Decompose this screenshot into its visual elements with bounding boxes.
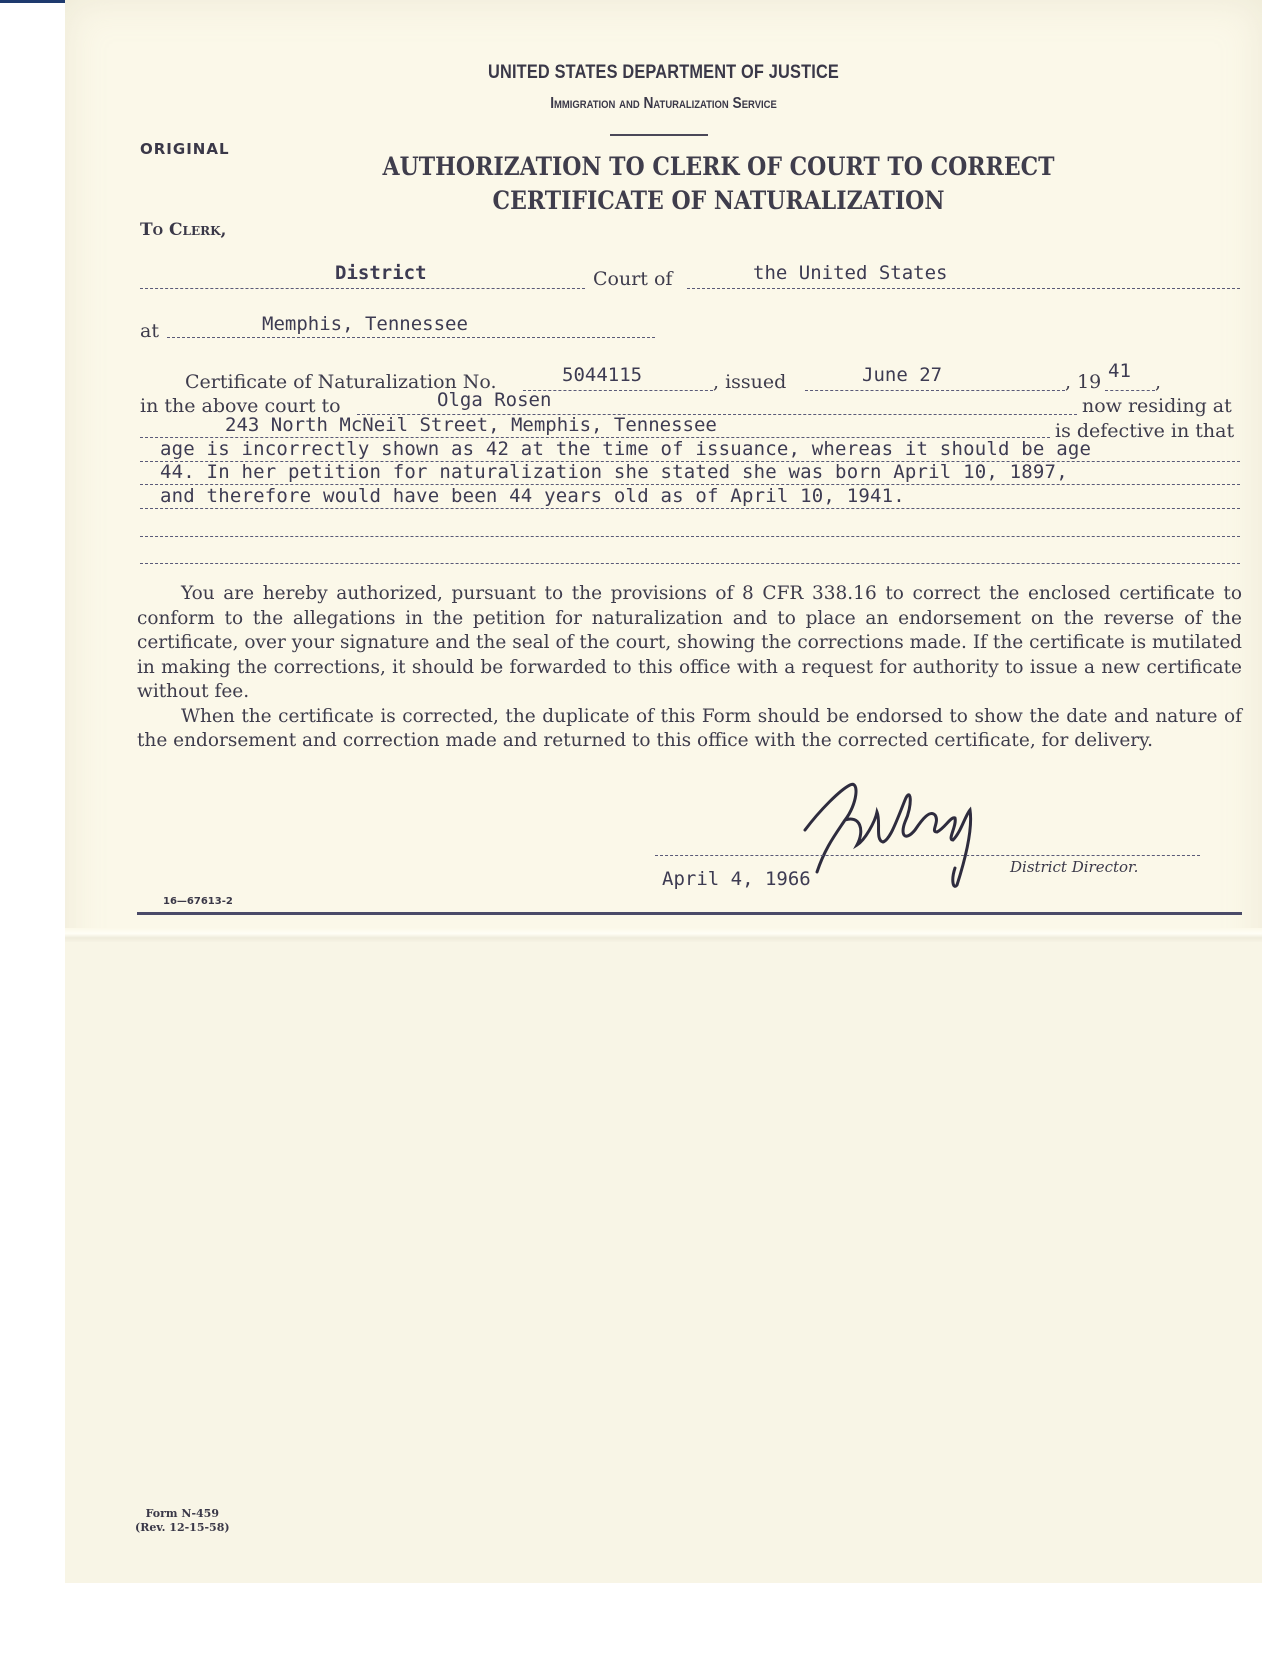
cert-no-value: 5044115 — [562, 364, 642, 386]
header-divider — [610, 134, 708, 136]
paragraph-endorsement: When the certificate is corrected, the d… — [137, 705, 1242, 754]
court-of-value: the United States — [753, 262, 947, 284]
addressee: To Clerk, — [140, 220, 226, 240]
year-field-line — [1105, 390, 1155, 391]
defect-line-3-rule — [140, 508, 1240, 509]
form-title-line1: AUTHORIZATION TO CLERK OF COURT TO CORRE… — [258, 150, 1179, 184]
defect-line-3: and therefore would have been 44 years o… — [160, 485, 905, 507]
at-label: at — [140, 320, 159, 342]
service-name: Immigration and Naturalization Service — [149, 95, 1178, 113]
cert-no-field-line — [523, 390, 713, 391]
year-suffix-value: 41 — [1108, 360, 1131, 382]
form-title-line2: CERTIFICATE OF NATURALIZATION — [258, 184, 1179, 218]
signer-title: District Director. — [1010, 858, 1138, 876]
lower-blank-section — [65, 942, 1262, 1583]
defect-line-4-rule — [140, 536, 1240, 537]
issued-label: , issued — [713, 371, 786, 393]
form-revision: (Rev. 12-15-58) — [135, 1521, 230, 1535]
defect-line-1: age is incorrectly shown as 42 at the ti… — [160, 438, 1091, 460]
paper-fold — [65, 928, 1262, 942]
court-type-value: District — [335, 262, 427, 284]
signature-date: April 4, 1966 — [662, 868, 811, 890]
court-of-label: Court of — [593, 268, 672, 290]
signature-line — [655, 855, 1200, 856]
court-of-field-line — [687, 288, 1240, 289]
issued-date-field-line — [805, 390, 1065, 391]
court-type-field-line — [140, 288, 585, 289]
issued-date-value: June 27 — [862, 364, 942, 386]
defect-line-2: 44. In her petition for naturalization s… — [160, 461, 1068, 483]
bottom-rule — [137, 912, 1242, 915]
location-field-line — [167, 337, 655, 338]
name-value: Olga Rosen — [437, 389, 551, 411]
form-number: Form N-459 — [135, 1507, 230, 1521]
paragraph-authorization: You are hereby authorized, pursuant to t… — [137, 582, 1242, 705]
print-code: 16—67613-2 — [163, 896, 233, 907]
year-prefix: , 19 — [1065, 371, 1101, 393]
address-value: 243 North McNeil Street, Memphis, Tennes… — [225, 414, 717, 436]
copy-label: ORIGINAL — [140, 140, 230, 158]
authorization-text: You are hereby authorized, pursuant to t… — [137, 582, 1242, 754]
location-value: Memphis, Tennessee — [262, 313, 468, 335]
agency-name: UNITED STATES DEPARTMENT OF JUSTICE — [149, 62, 1178, 84]
form-number-block: Form N-459 (Rev. 12-15-58) — [135, 1507, 230, 1535]
year-end: , — [1155, 371, 1161, 393]
defect-line-5-rule — [140, 563, 1240, 564]
document-page: UNITED STATES DEPARTMENT OF JUSTICE Immi… — [65, 0, 1262, 1583]
residing-label: now residing at — [1082, 395, 1232, 417]
